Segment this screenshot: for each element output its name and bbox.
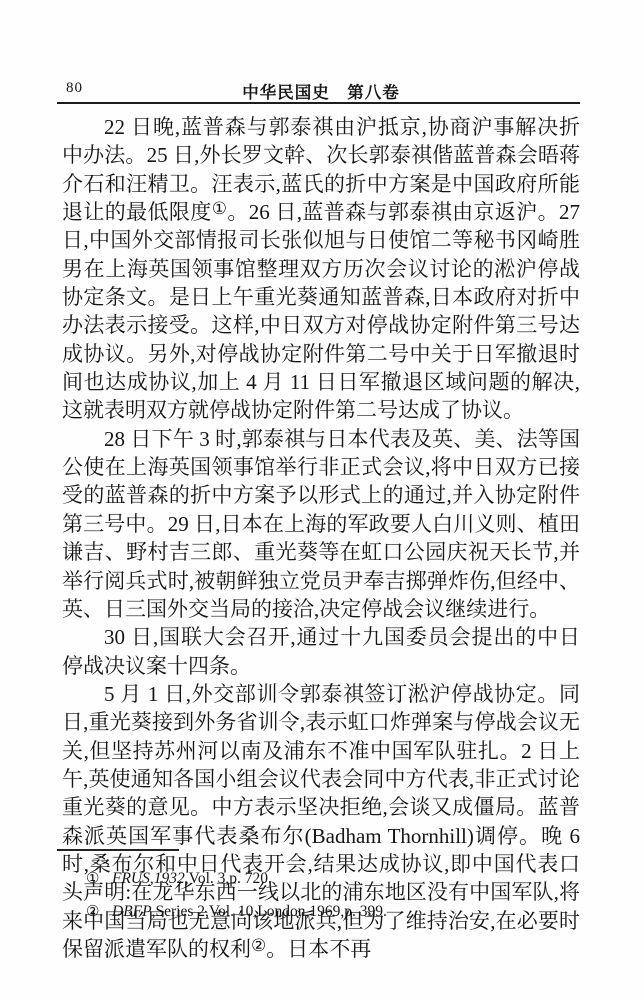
header-rule (57, 102, 580, 104)
footnotes: ① FRUS,1932,Vol. 3,p. 720. ② DBFP,Series… (62, 862, 580, 928)
paragraph-4-text-after-ref: 。日本不再 (266, 937, 371, 961)
footnote-2-marker: ② (86, 896, 112, 929)
running-header: 80 中华民国史 第八卷 (62, 79, 580, 99)
paragraph-1-text-after-ref: 。26 日,蓝普森与郭泰祺由京返沪。27 日,中国外交部情报司长张似旭与日使馆二… (62, 200, 580, 422)
footnote-ref-2: ② (251, 936, 266, 955)
footnote-1-year: 1932 (154, 870, 185, 887)
book-page: 80 中华民国史 第八卷 22 日晚,蓝普森与郭泰祺由沪抵京,协商沪事解决折中办… (0, 0, 644, 1000)
footnote-separator (57, 849, 179, 851)
footnote-ref-1: ① (212, 199, 228, 218)
footnote-1-text: FRUS,1932,Vol. 3,p. 720. (112, 862, 272, 895)
footnote-2-text: DBFP,Series 2,Vol. 10,London,1969,p. 399… (112, 895, 387, 928)
paragraph-2: 28 日下午 3 时,郭泰祺与日本代表及英、美、法等国公使在上海英国领事馆举行非… (62, 425, 580, 623)
footnote-1-marker: ① (86, 863, 112, 896)
footnote-1-work: FRUS (112, 870, 150, 887)
footnote-1: ① FRUS,1932,Vol. 3,p. 720. (62, 862, 580, 895)
paragraph-1: 22 日晚,蓝普森与郭泰祺由沪抵京,协商沪事解决折中办法。25 日,外长罗文幹、… (62, 113, 580, 425)
footnote-2-work: DBFP (112, 903, 152, 920)
book-title: 中华民国史 第八卷 (62, 79, 580, 103)
footnote-1-rest: ,Vol. 3,p. 720. (185, 870, 272, 887)
body-text: 22 日晚,蓝普森与郭泰祺由沪抵京,协商沪事解决折中办法。25 日,外长罗文幹、… (62, 113, 580, 963)
footnote-2-rest: ,Series 2,Vol. 10,London,1969,p. 399. (152, 903, 387, 920)
paragraph-3: 30 日,国联大会召开,通过十九国委员会提出的中日停战决议案十四条。 (62, 623, 580, 680)
footnote-2: ② DBFP,Series 2,Vol. 10,London,1969,p. 3… (62, 895, 580, 928)
